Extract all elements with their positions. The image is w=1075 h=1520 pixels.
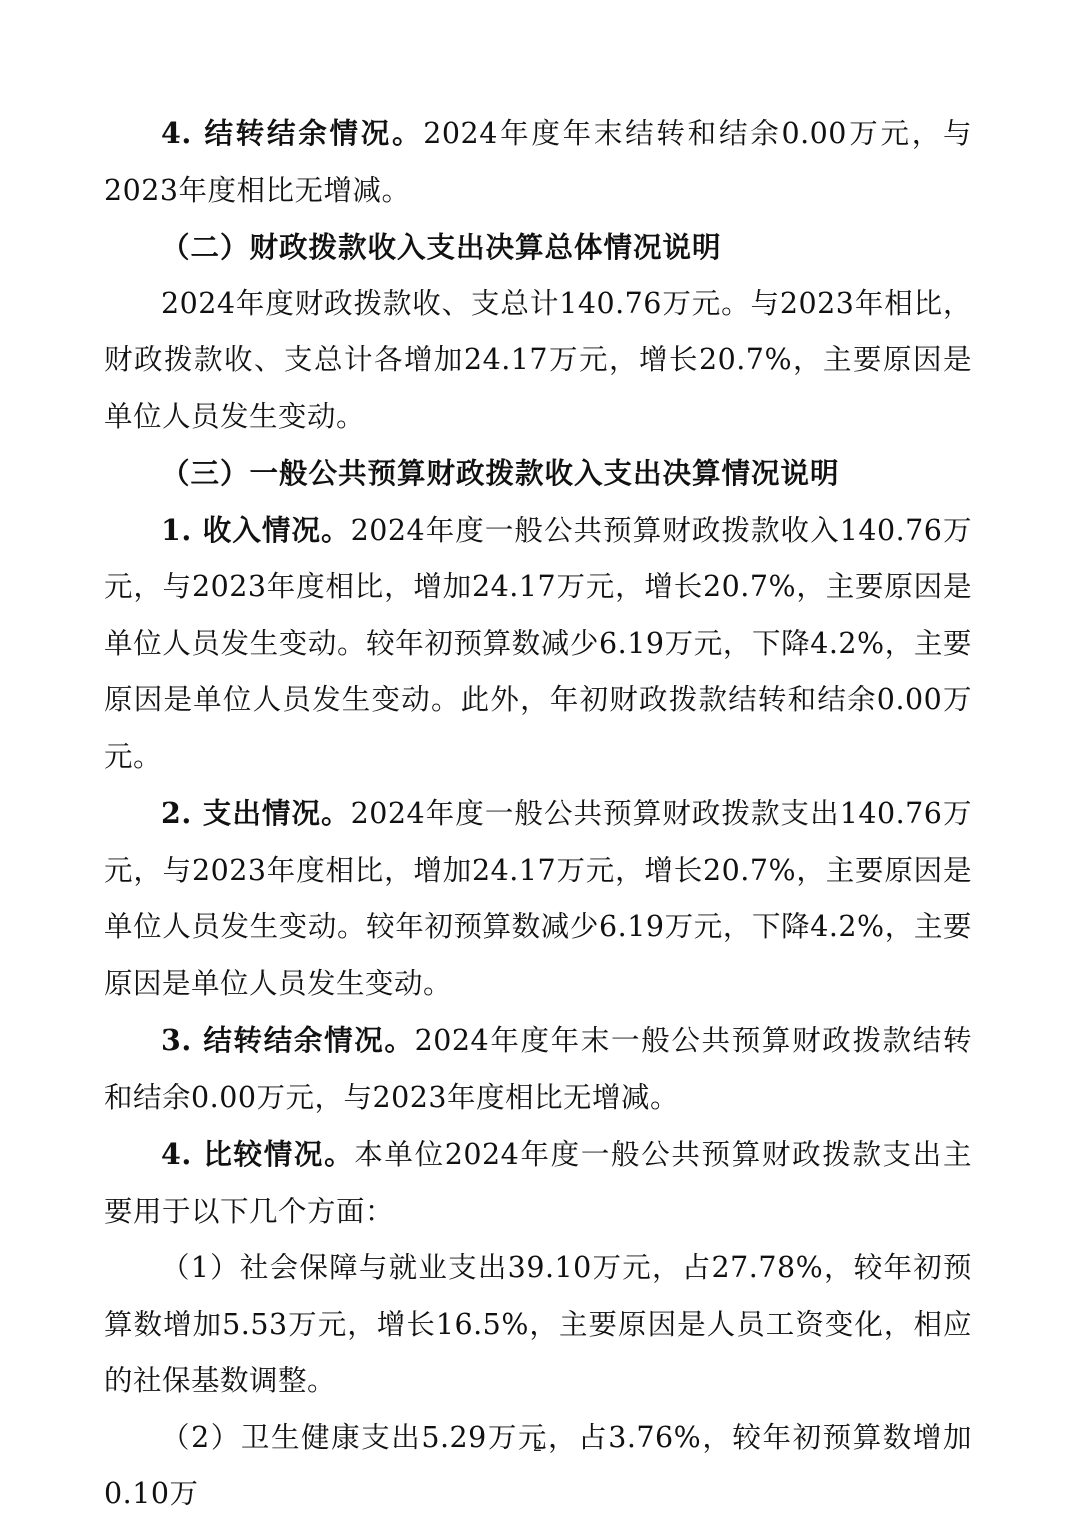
paragraph-fiscal-appropriation-total: 2024年度财政拨款收、支总计140.76万元。与2023年相比，财政拨款收、支… — [104, 276, 972, 446]
document-page: 4. 结转结余情况。2024年度年末结转和结余0.00万元，与2023年度相比无… — [104, 105, 972, 1520]
section-heading-general-public-budget: （三）一般公共预算财政拨款收入支出决算情况说明 — [104, 445, 972, 502]
paragraph-lead: 2. 支出情况。 — [161, 796, 351, 830]
paragraph-social-security: （1）社会保障与就业支出39.10万元，占27.78%，较年初预算数增加5.53… — [104, 1240, 972, 1410]
paragraph-comparison: 4. 比较情况。本单位2024年度一般公共预算财政拨款支出主要用于以下几个方面： — [104, 1126, 972, 1240]
paragraph-carryover-balance-general: 3. 结转结余情况。2024年度年末一般公共预算财政拨款结转和结余0.00万元，… — [104, 1012, 972, 1126]
paragraph-lead: 4. 结转结余情况。 — [161, 116, 423, 150]
paragraph-income: 1. 收入情况。2024年度一般公共预算财政拨款收入140.76万元，与2023… — [104, 502, 972, 786]
paragraph-text: 2024年度一般公共预算财政拨款收入140.76万元，与2023年度相比，增加2… — [104, 514, 972, 773]
paragraph-carryover-balance-overall: 4. 结转结余情况。2024年度年末结转和结余0.00万元，与2023年度相比无… — [104, 105, 972, 219]
page-number: 2 — [0, 1436, 1075, 1456]
paragraph-lead: 3. 结转结余情况。 — [161, 1023, 415, 1057]
paragraph-expenditure: 2. 支出情况。2024年度一般公共预算财政拨款支出140.76万元，与2023… — [104, 785, 972, 1012]
section-heading-fiscal-appropriation-overall: （二）财政拨款收入支出决算总体情况说明 — [104, 219, 972, 276]
paragraph-health: （2）卫生健康支出5.29万元，占3.76%，较年初预算数增加0.10万 — [104, 1410, 972, 1520]
paragraph-lead: 1. 收入情况。 — [161, 513, 351, 547]
paragraph-lead: 4. 比较情况。 — [161, 1137, 354, 1171]
